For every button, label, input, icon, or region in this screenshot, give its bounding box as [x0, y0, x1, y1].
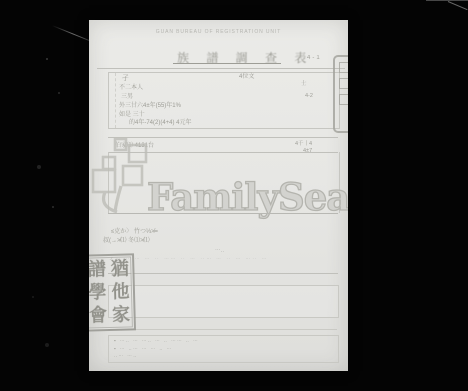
scanned-document-page: GUAN BUREAU OF REGISTRATION UNIT 族 譜 調 查… [89, 20, 348, 371]
margin-mark: 士 [301, 79, 307, 87]
empty-form-box [108, 285, 339, 318]
handwritten-entry: ≤克か〉 竹つ⅓≯= [111, 226, 158, 235]
page-number-note: 4-1 [307, 55, 322, 61]
film-edge-artifact [426, 0, 468, 1]
margin-mark: ⋯‥ [215, 248, 224, 254]
title-underline [173, 63, 281, 64]
horizontal-rule [108, 273, 338, 274]
film-dust-specks [46, 58, 48, 60]
form-section-entries: 孑 4位文 不二本人 三男 士 外三甘六4±年(55)年1% 如是 三十 4-2… [108, 72, 340, 129]
seal-column-right: 猶 他 家 [108, 257, 133, 327]
faint-text-row: ‥⋯ ⋯‥ [114, 353, 138, 359]
seal-character: 猶 [108, 257, 132, 281]
stamp-square [339, 94, 348, 105]
margin-divider [115, 73, 116, 128]
film-scratch [448, 1, 468, 10]
handwritten-note: 4位文 [239, 71, 254, 80]
seal-character: 譜 [89, 258, 109, 282]
handwritten-entry: 外三甘六4±年(55)年1% [119, 100, 181, 109]
seal-column-left: 譜 學 會 [89, 258, 110, 328]
faint-text-row: ▪ ⋯‥ ⋯ ⋯‥ ⋯ ‥ ⋯⋯ ‥ ⋯ [114, 338, 199, 344]
clipped-edge-stamp [333, 55, 348, 133]
margin-mark: 4千丨4 [295, 139, 312, 147]
seal-character: 會 [89, 304, 110, 328]
handwritten-entry: 叔(→≯⑴ 冬⑴≯⑴ [103, 235, 150, 244]
handwritten-entry: 不二本人 [119, 82, 143, 91]
horizontal-rule [97, 68, 345, 69]
seal-character: 學 [89, 281, 109, 305]
microfilm-scan-viewport: GUAN BUREAU OF REGISTRATION UNIT 族 譜 調 查… [0, 0, 468, 391]
faint-text-row: ▪ ⋯ ‥⋯ ⋯ ⋯ ‥ ⋯ [114, 346, 173, 352]
faint-text-row: ノ⋯ ‥ ⋯ ⋯ ‥ ⋯⋯ ‥ ⋯ ‥⋯ ⋯ ‥ ⋯ ⋯‥ ⋯ [109, 256, 337, 262]
utah-genealogical-society-seal: 譜 學 會 猶 他 家 [89, 253, 136, 331]
familysearch-tree-icon [91, 136, 161, 214]
seal-character: 他 [109, 280, 133, 304]
horizontal-rule [108, 213, 338, 214]
seal-character: 家 [109, 303, 133, 327]
footer-form-box: ▪ ⋯‥ ⋯ ⋯‥ ⋯ ‥ ⋯⋯ ‥ ⋯ ▪ ⋯ ‥⋯ ⋯ ⋯ ‥ ⋯ ‥⋯ ⋯… [108, 335, 339, 363]
handwritten-entry: 三男 [121, 91, 133, 100]
handwritten-entry: 的4年-74(2)(4+4) 4元年 [129, 117, 192, 126]
margin-mark: 4-2 [305, 93, 313, 99]
film-caption: GUAN BUREAU OF REGISTRATION UNIT [89, 29, 348, 35]
stamp-square [339, 62, 348, 73]
horizontal-rule [108, 329, 337, 330]
stamp-square [339, 78, 348, 89]
